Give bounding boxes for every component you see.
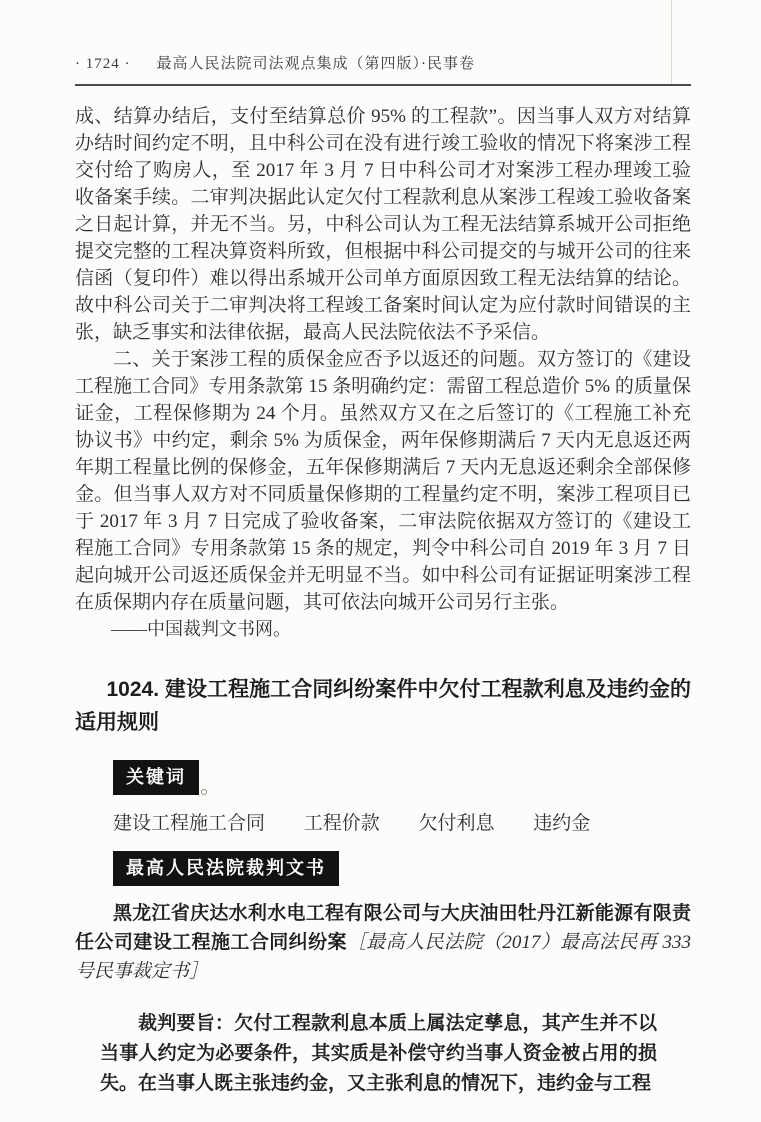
book-page: · 1724 · 最高人民法院司法观点集成（第四版）·民事卷 成、结算办结后，支… <box>0 0 761 1122</box>
keyword-item: 工程价款 <box>304 813 380 834</box>
case-title-paragraph: 黑龙江省庆达水利水电工程有限公司与大庆油田牡丹江新能源有限责任公司建设工程施工合… <box>75 899 691 986</box>
doc-badge-row: 最高人民法院裁判文书 <box>113 851 691 886</box>
body-paragraph-continued: 成、结算办结后，支付至结算总价 95% 的工程款”。因当事人双方对结算办结时间约… <box>75 103 691 346</box>
page-number: · 1724 · <box>75 56 131 73</box>
keywords-list: 建设工程施工合同 工程价款 欠付利息 违约金 <box>113 808 691 835</box>
page-content: · 1724 · 最高人民法院司法观点集成（第四版）·民事卷 成、结算办结后，支… <box>75 0 691 1099</box>
keyword-item: 违约金 <box>533 813 590 834</box>
court-document-badge: 最高人民法院裁判文书 <box>113 851 339 886</box>
body-paragraph-2: 二、关于案涉工程的质保金应否予以返还的问题。双方签订的《建设工程施工合同》专用条… <box>75 346 691 616</box>
keywords-badge: 关键词 <box>113 760 199 795</box>
section-title: 1024. 建设工程施工合同纠纷案件中欠付工程款利息及违约金的适用规则 <box>75 673 691 739</box>
ruling-summary-label: 裁判要旨： <box>138 1013 234 1034</box>
running-header: · 1724 · 最高人民法院司法观点集成（第四版）·民事卷 <box>75 52 691 86</box>
ruling-summary: 裁判要旨：欠付工程款利息本质上属法定孳息，其产生并不以当事人约定为必要条件，其实… <box>100 1009 657 1099</box>
book-title: 最高人民法院司法观点集成（第四版）·民事卷 <box>157 52 476 73</box>
keyword-item: 欠付利息 <box>419 813 495 834</box>
judgment-body: 成、结算办结后，支付至结算总价 95% 的工程款”。因当事人双方对结算办结时间约… <box>75 103 691 643</box>
source-citation: ——中国裁判文书网。 <box>75 616 691 643</box>
keywords-badge-row: 关键词 <box>113 760 691 795</box>
keyword-item: 建设工程施工合同 <box>113 813 265 834</box>
